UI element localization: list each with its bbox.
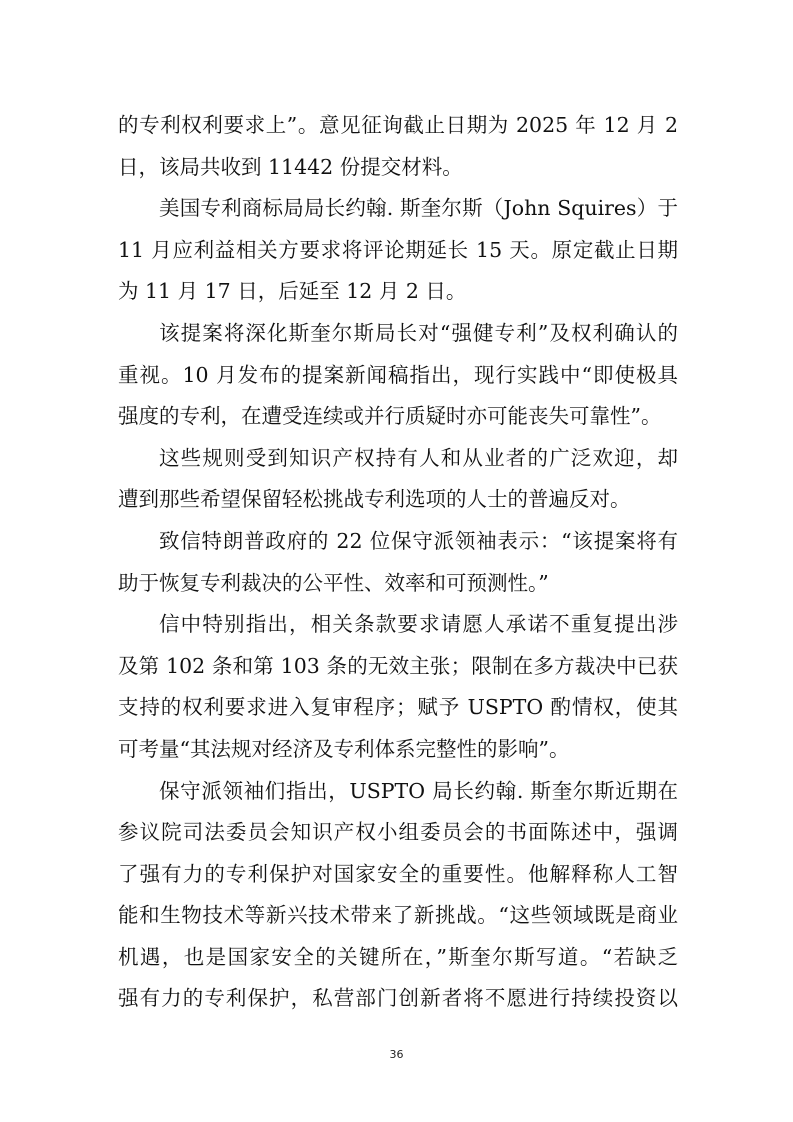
text-line: 参议院司法委员会知识产权小组委员会的书面陈述中，强调 [118,812,678,854]
paragraph-first-line: 这些规则受到知识产权持有人和从业者的广泛欢迎，却 [118,438,678,480]
text-line: 支持的权利要求进入复审程序；赋予 USPTO 酌情权，使其 [118,687,678,729]
text-line: 重视。10 月发布的提案新闻稿指出，现行实践中“即使极具 [118,355,678,397]
text-line: 机遇，也是国家安全的关键所在，”斯奎尔斯写道。“若缺乏 [118,937,678,979]
paragraph-first-line: 美国专利商标局局长约翰. 斯奎尔斯（John Squires）于 [118,188,678,230]
text-line: 遭到那些希望保留轻松挑战专利选项的人士的普遍反对。 [118,479,678,521]
text-line: 日，该局共收到 11442 份提交材料。 [118,147,678,189]
document-page: 的专利权利要求上”。意见征询截止日期为 2025 年 12 月 2日，该局共收到… [0,0,793,1122]
text-line: 的专利权利要求上”。意见征询截止日期为 2025 年 12 月 2 [118,105,678,147]
text-line: 能和生物技术等新兴技术带来了新挑战。“这些领域既是商业 [118,895,678,937]
text-line: 助于恢复专利裁决的公平性、效率和可预测性。” [118,563,678,605]
text-line: 及第 102 条和第 103 条的无效主张；限制在多方裁决中已获 [118,646,678,688]
text-line: 为 11 月 17 日，后延至 12 月 2 日。 [118,271,678,313]
text-line: 强度的专利，在遭受连续或并行质疑时亦可能丧失可靠性”。 [118,396,678,438]
body-text: 的专利权利要求上”。意见征询截止日期为 2025 年 12 月 2日，该局共收到… [118,105,678,1020]
paragraph-first-line: 保守派领袖们指出，USPTO 局长约翰. 斯奎尔斯近期在 [118,771,678,813]
paragraph-first-line: 致信特朗普政府的 22 位保守派领袖表示：“该提案将有 [118,521,678,563]
paragraph-first-line: 信中特别指出，相关条款要求请愿人承诺不重复提出涉 [118,604,678,646]
paragraph-first-line: 该提案将深化斯奎尔斯局长对“强健专利”及权利确认的 [118,313,678,355]
text-line: 了强有力的专利保护对国家安全的重要性。他解释称人工智 [118,854,678,896]
text-line: 强有力的专利保护，私营部门创新者将不愿进行持续投资以 [118,978,678,1020]
text-line: 11 月应利益相关方要求将评论期延长 15 天。原定截止日期 [118,230,678,272]
page-number: 36 [0,1048,793,1061]
text-line: 可考量“其法规对经济及专利体系完整性的影响”。 [118,729,678,771]
